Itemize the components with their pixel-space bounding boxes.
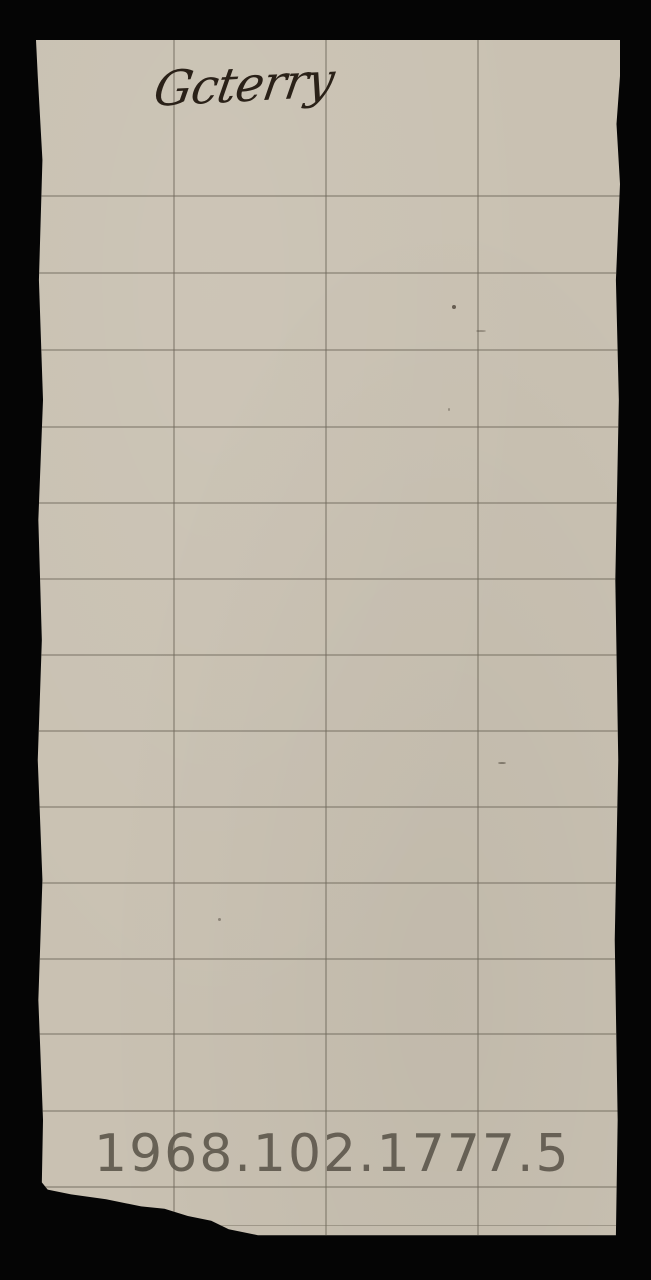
paper-speck — [448, 408, 450, 411]
grid-horizontal-line — [36, 730, 620, 732]
paper-speck — [218, 918, 221, 921]
grid-vertical-line — [477, 40, 479, 1240]
accession-number: 1968.102.1777.5 — [94, 1124, 571, 1184]
paper-speck — [476, 330, 486, 332]
grid-horizontal-line — [36, 1110, 620, 1112]
grid-horizontal-line — [36, 426, 620, 428]
grid-horizontal-line — [36, 349, 620, 351]
grid-horizontal-line — [36, 654, 620, 656]
grid-horizontal-line — [36, 806, 620, 808]
paper-slip — [36, 40, 620, 1240]
number-baseline-rule — [36, 1225, 620, 1226]
grid-horizontal-line — [36, 502, 620, 504]
grid-horizontal-line — [36, 882, 620, 884]
grid-horizontal-line — [36, 195, 620, 197]
grid-horizontal-line — [36, 578, 620, 580]
grid-vertical-line — [325, 40, 327, 1240]
paper-speck — [498, 762, 506, 764]
grid-vertical-line — [173, 40, 175, 1240]
handwritten-heading: Gcterry — [150, 52, 338, 118]
paper-speck — [452, 305, 456, 309]
grid-horizontal-line — [36, 1033, 620, 1035]
grid-horizontal-line — [36, 958, 620, 960]
grid-horizontal-line — [36, 272, 620, 274]
grid-horizontal-line — [36, 1186, 620, 1188]
